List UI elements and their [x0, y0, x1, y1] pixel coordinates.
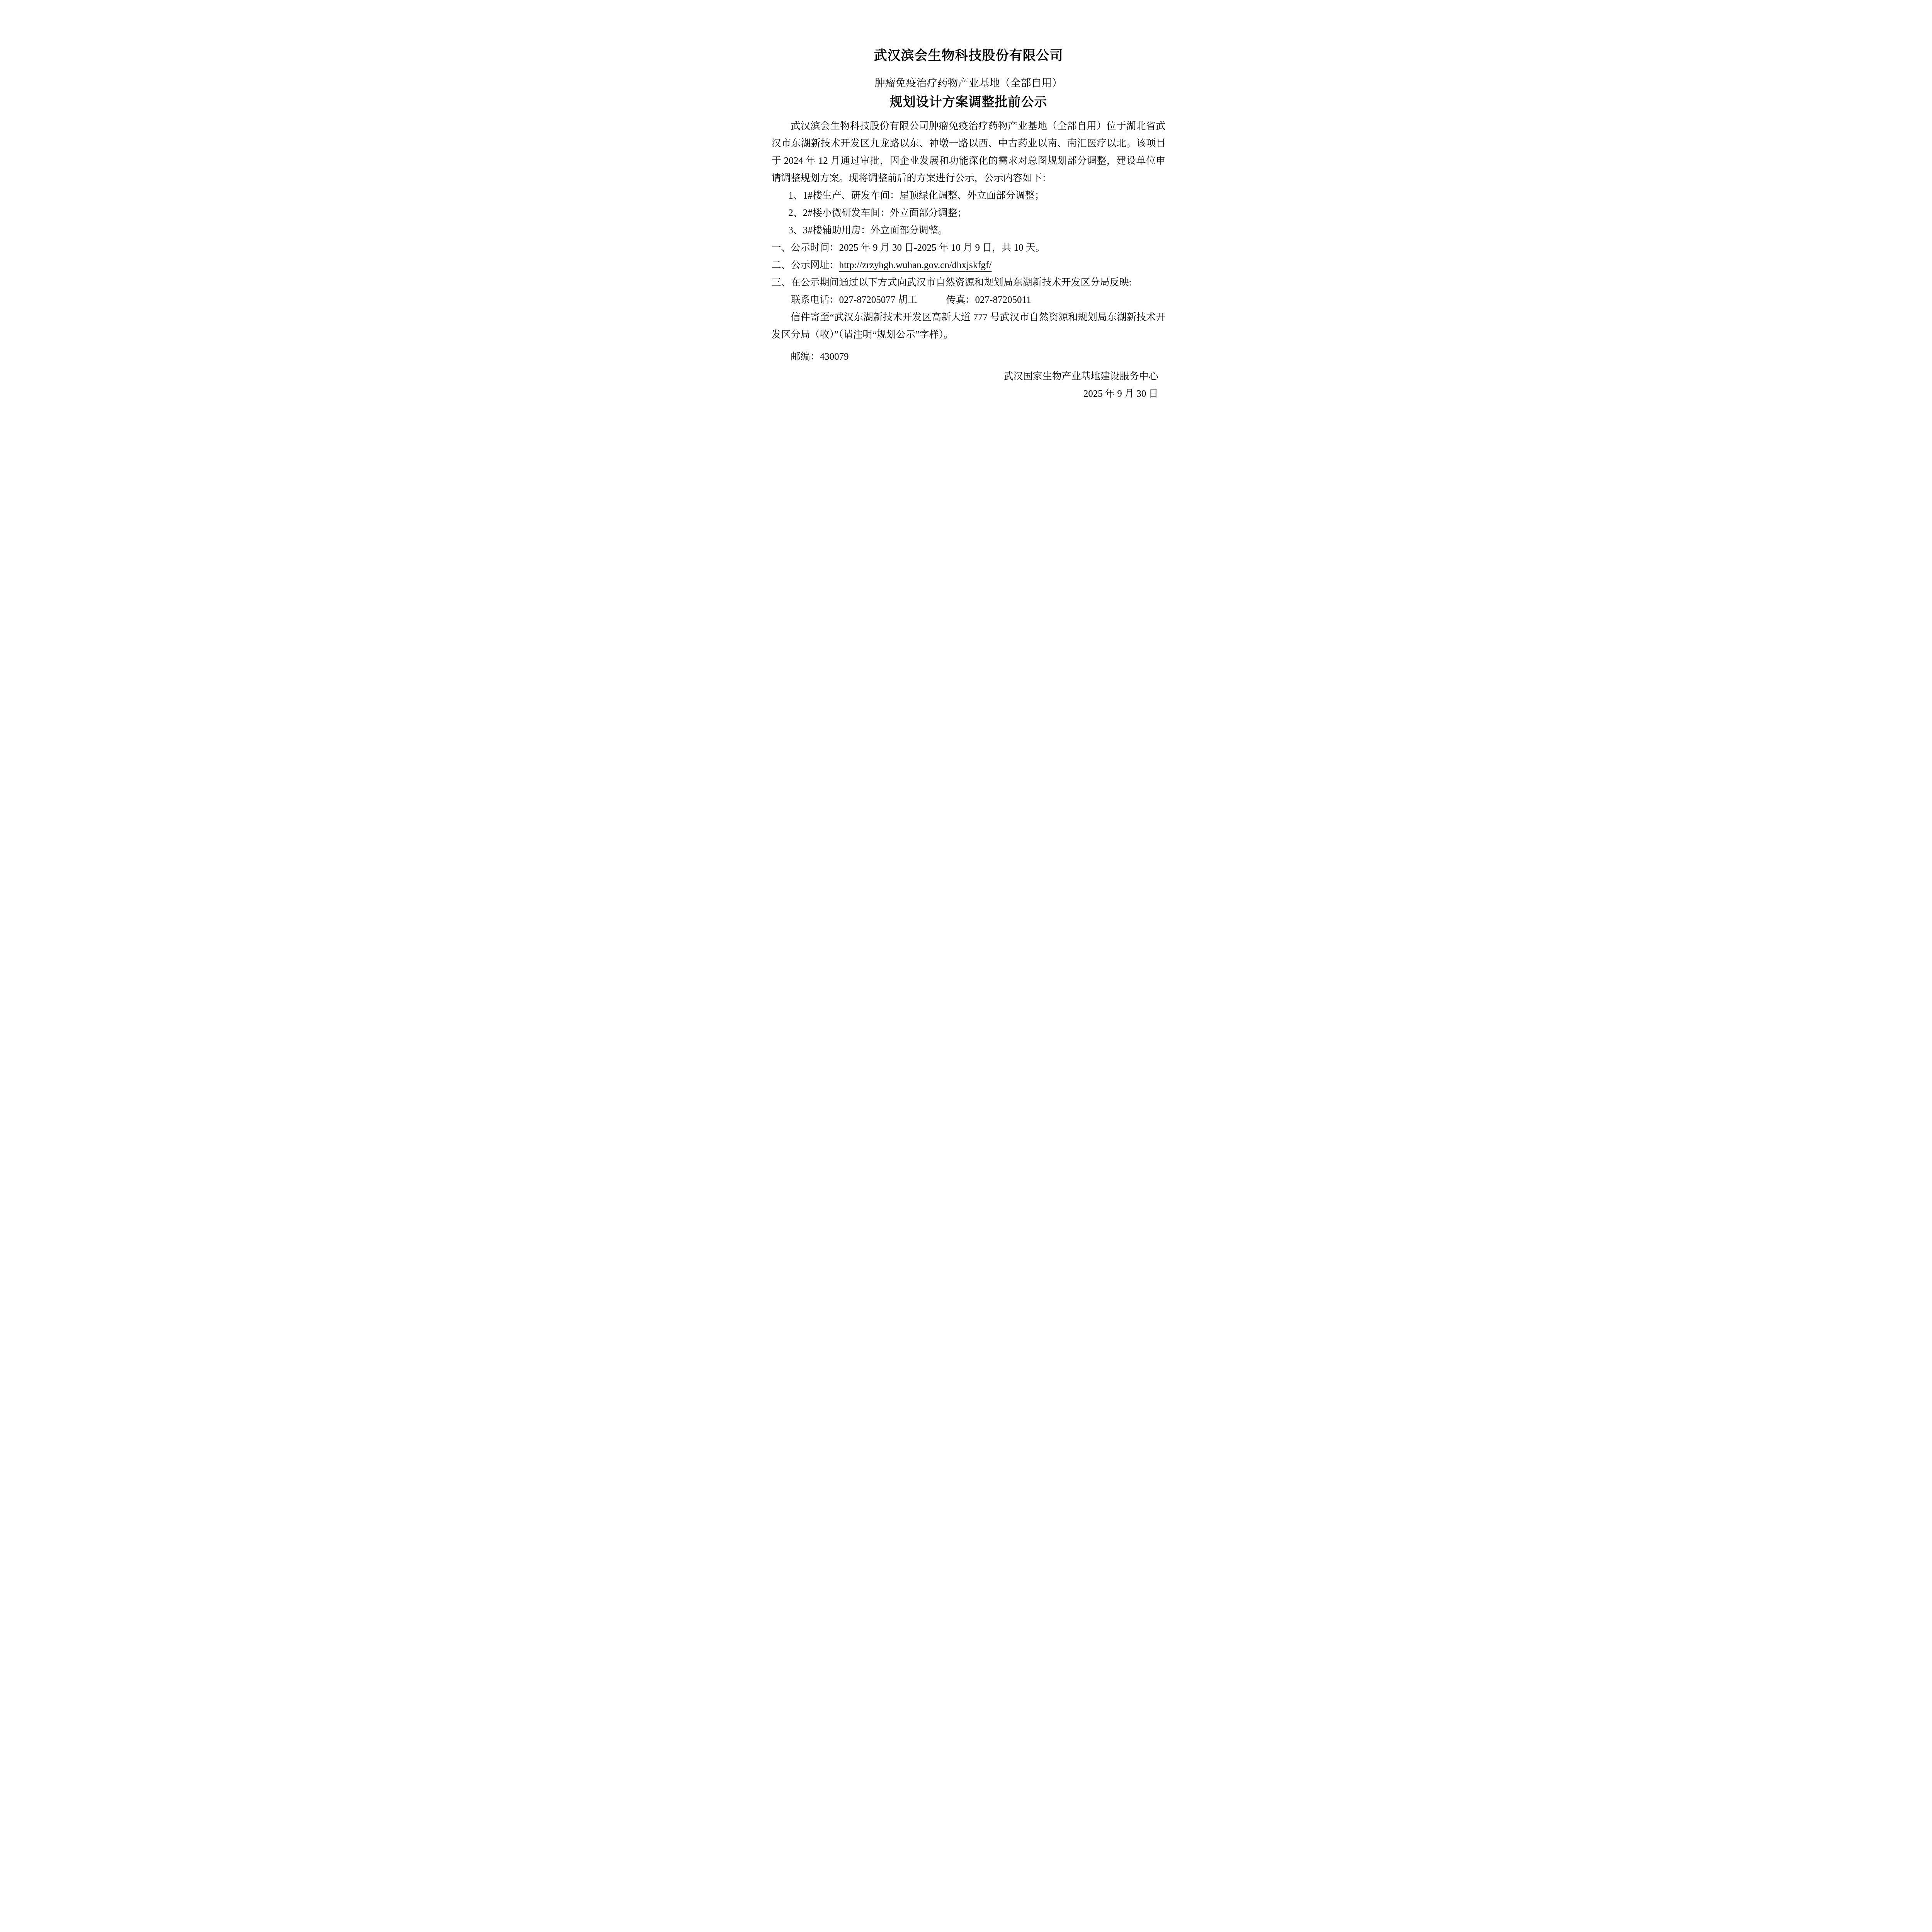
publicity-url-line: 二、公示网址：http://zrzyhgh.wuhan.gov.cn/dhxjs… — [772, 257, 1166, 274]
feedback-method-line: 三、在公示期间通过以下方式向武汉市自然资源和规划局东湖新技术开发区分局反映: — [772, 274, 1166, 291]
postal-code-line: 邮编：430079 — [772, 348, 1166, 366]
adjustment-item-2: 2、2#楼小微研发车间：外立面部分调整； — [772, 204, 1166, 222]
issue-date: 2025 年 9 月 30 日 — [772, 385, 1166, 403]
document-page: 武汉滨会生物科技股份有限公司 肿瘤免疫治疗药物产业基地（全部自用） 规划设计方案… — [722, 0, 1210, 690]
project-subtitle: 肿瘤免疫治疗药物产业基地（全部自用） — [772, 76, 1166, 90]
adjustment-item-3: 3、3#楼辅助用房：外立面部分调整。 — [772, 222, 1166, 239]
notice-title: 规划设计方案调整批前公示 — [772, 94, 1166, 111]
mail-address-paragraph: 信件寄至“武汉东湖新技术开发区高新大道 777 号武汉市自然资源和规划局东湖新技… — [772, 309, 1166, 344]
intro-paragraph: 武汉滨会生物科技股份有限公司肿瘤免疫治疗药物产业基地（全部自用）位于湖北省武汉市… — [772, 117, 1166, 187]
issuer-signature: 武汉国家生物产业基地建设服务中心 — [772, 368, 1166, 385]
company-title: 武汉滨会生物科技股份有限公司 — [772, 47, 1166, 64]
contact-phone-line: 联系电话：027-87205077 胡工 传真：027-87205011 — [772, 291, 1166, 309]
publicity-url-link[interactable]: http://zrzyhgh.wuhan.gov.cn/dhxjskfgf/ — [839, 260, 992, 270]
publicity-url-label: 二、公示网址： — [772, 260, 839, 270]
publicity-period-line: 一、公示时间：2025 年 9 月 30 日-2025 年 10 月 9 日，共… — [772, 239, 1166, 257]
adjustment-item-1: 1、1#楼生产、研发车间：屋顶绿化调整、外立面部分调整； — [772, 187, 1166, 204]
